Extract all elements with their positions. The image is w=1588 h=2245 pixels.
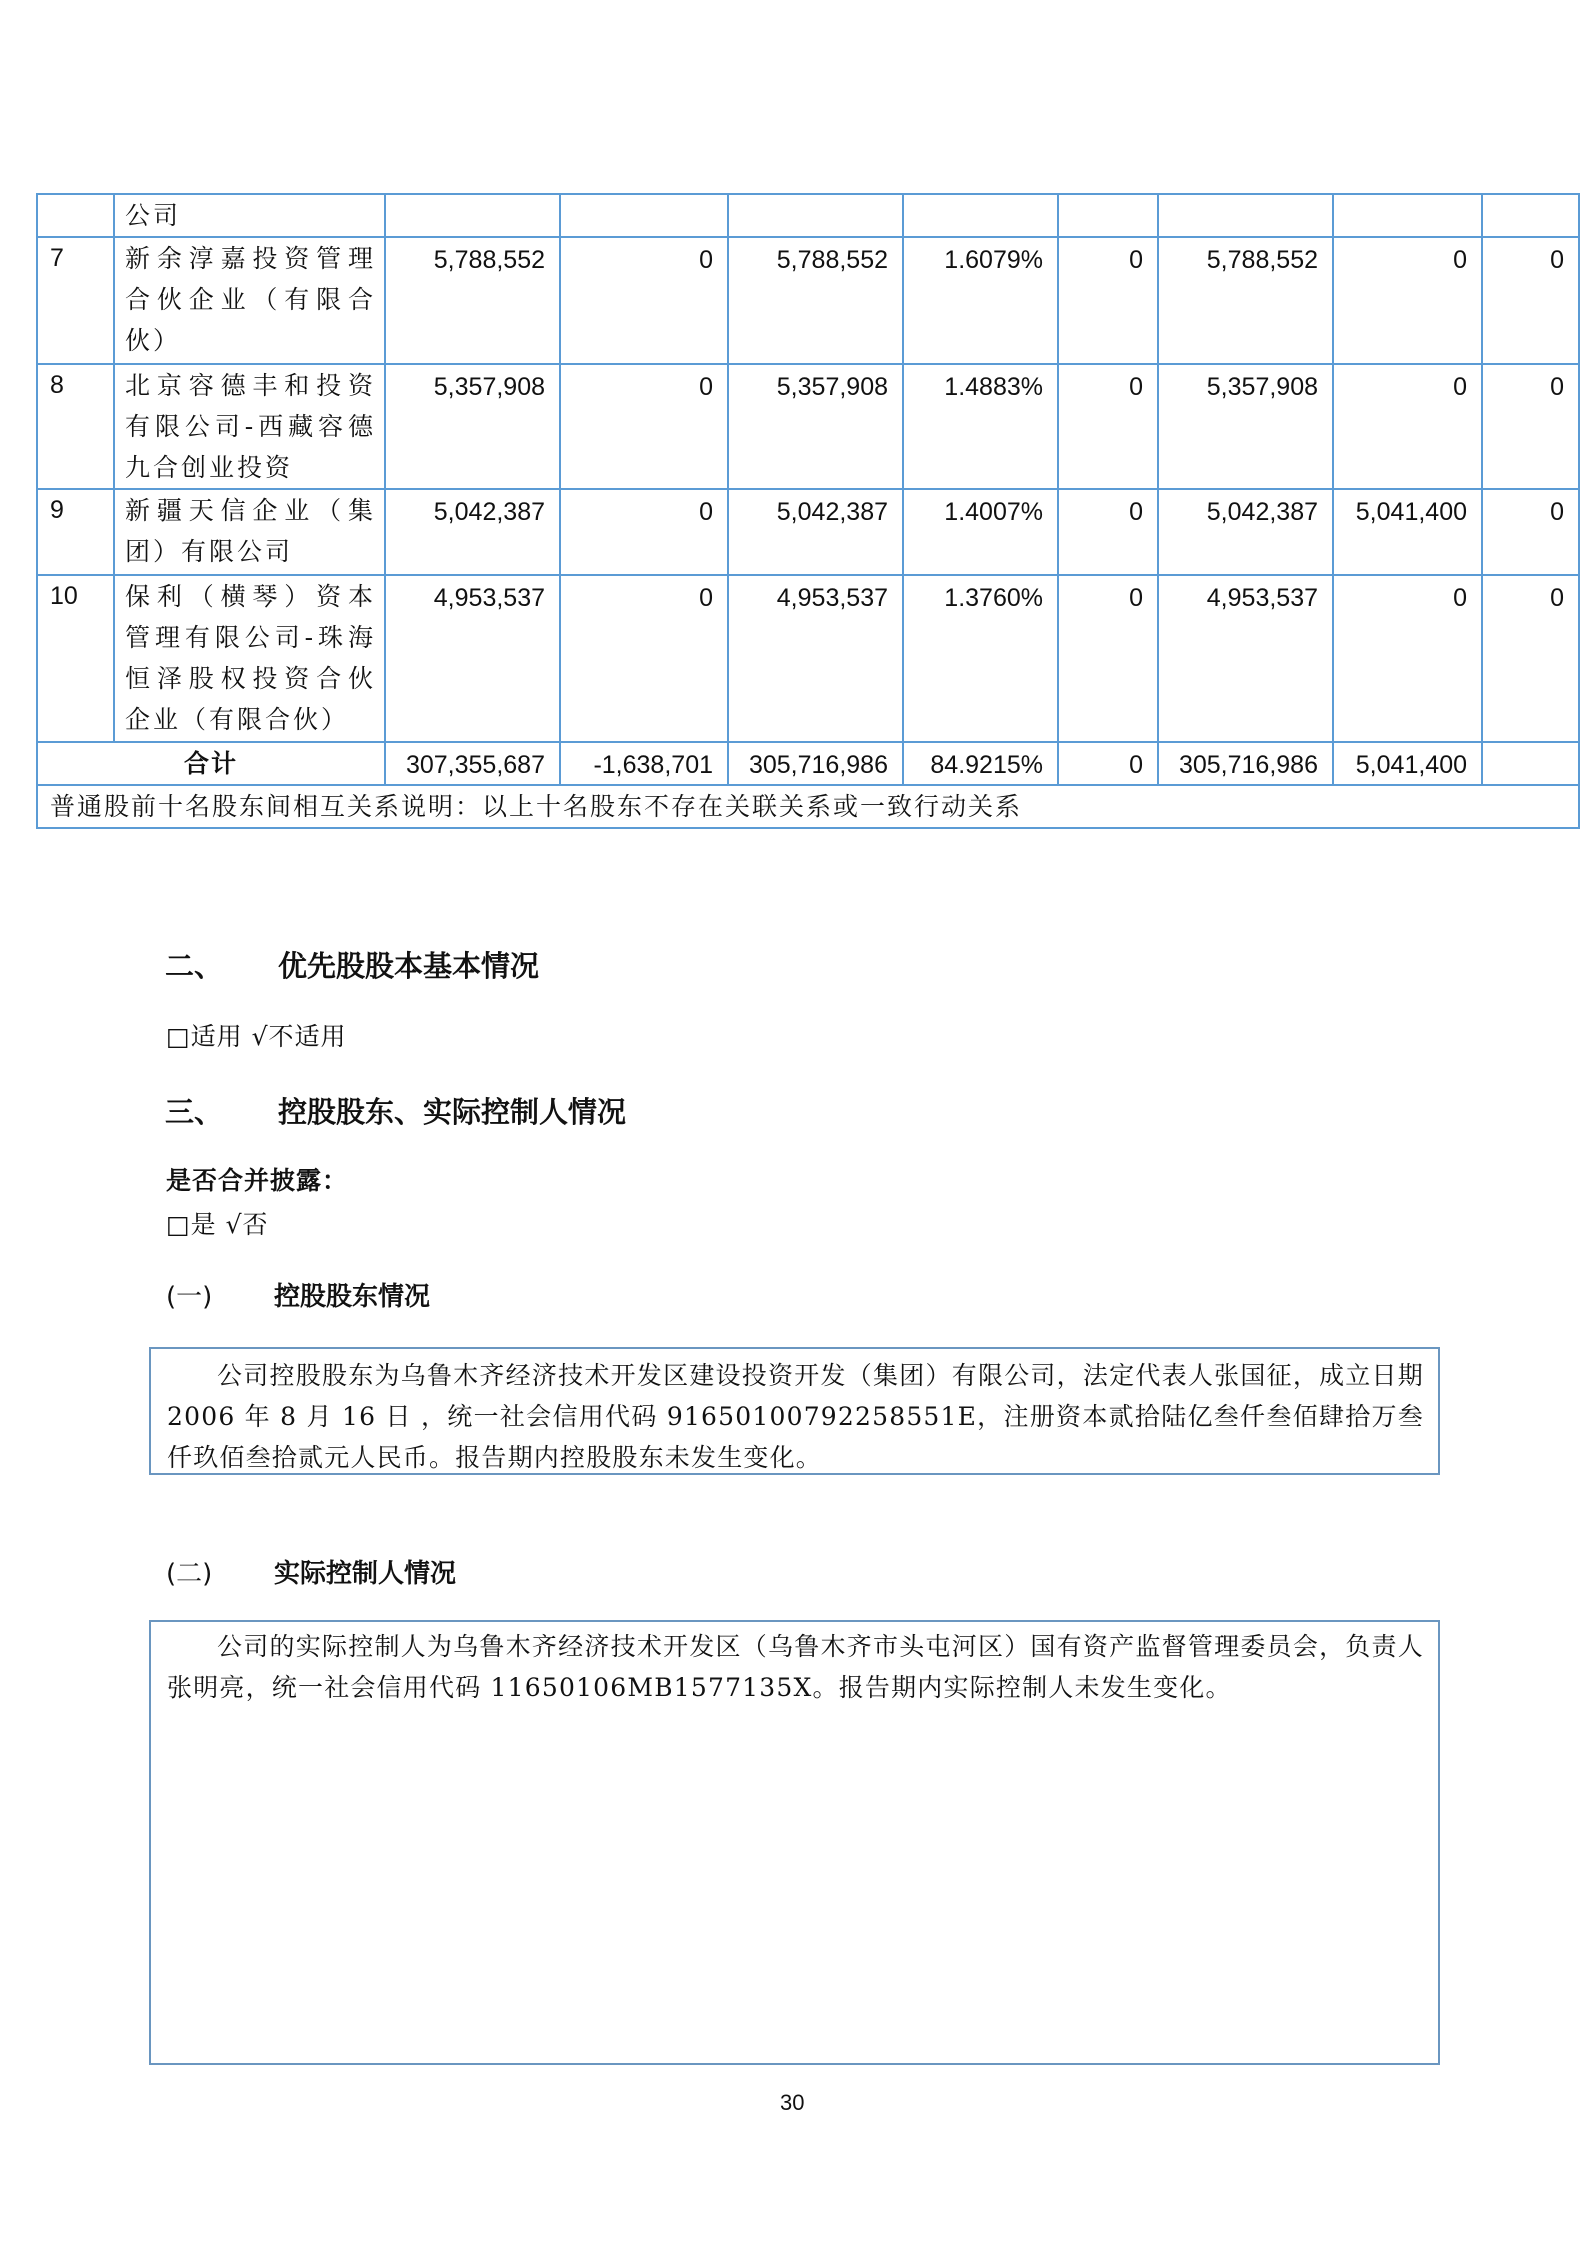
cell: 5,042,387 [728,489,903,575]
cell: 0 [1058,489,1158,575]
cell: 0 [1058,575,1158,742]
total-cell [1482,742,1579,785]
section-heading-controlling-shareholder: 三、 控股股东、实际控制人情况 [165,1090,965,1130]
subsection-number: (二) [166,1553,212,1590]
controlling-shareholder-box: 公司控股股东为乌鲁木齐经济技术开发区建设投资开发（集团）有限公司，法定代表人张国… [149,1347,1440,1475]
cell: 5,357,908 [1158,364,1333,489]
table-row: 公司 [37,194,1579,237]
cell [560,194,728,237]
cell: 1.4883% [903,364,1058,489]
row-index: 7 [37,237,114,364]
cell: 0 [1333,575,1482,742]
cell: 0 [1058,364,1158,489]
section-title: 控股股东、实际控制人情况 [278,1090,626,1131]
cell: 5,357,908 [728,364,903,489]
row-index [37,194,114,237]
shareholder-name: 北京容德丰和投资有限公司-西藏容德九合创业投资 [114,364,385,489]
subsection-heading-controlling-shareholder: (一) 控股股东情况 [166,1276,766,1312]
cell: 0 [560,489,728,575]
cell: 5,788,552 [728,237,903,364]
total-cell: 307,355,687 [385,742,560,785]
merge-disclosure-label: 是否合并披露： [166,1161,348,1197]
row-index: 9 [37,489,114,575]
cell [1333,194,1482,237]
total-label: 合计 [37,742,385,785]
cell: 5,042,387 [1158,489,1333,575]
total-cell: 84.9215% [903,742,1058,785]
cell: 0 [560,575,728,742]
cell: 0 [560,364,728,489]
row-index: 10 [37,575,114,742]
shareholder-name: 保利（横琴）资本管理有限公司-珠海恒泽股权投资合伙企业（有限合伙） [114,575,385,742]
controlling-shareholder-text: 公司控股股东为乌鲁木齐经济技术开发区建设投资开发（集团）有限公司，法定代表人张国… [151,1349,1438,1478]
table-row: 9 新疆天信企业（集团）有限公司 5,042,387 0 5,042,387 1… [37,489,1579,575]
cell: 0 [1058,237,1158,364]
subsection-title: 控股股东情况 [274,1276,430,1313]
top-ten-shareholders-table: 公司 7 新余淳嘉投资管理合伙企业（有限合伙） 5,788,552 0 5,78… [36,193,1580,829]
cell: 1.3760% [903,575,1058,742]
shareholder-name: 公司 [114,194,385,237]
cell [385,194,560,237]
total-row: 合计 307,355,687 -1,638,701 305,716,986 84… [37,742,1579,785]
total-cell: 305,716,986 [1158,742,1333,785]
row-index: 8 [37,364,114,489]
cell: 0 [1482,364,1579,489]
cell: 5,788,552 [385,237,560,364]
section-number: 二、 [165,944,223,985]
actual-controller-text: 公司的实际控制人为乌鲁木齐经济技术开发区（乌鲁木齐市头屯河区）国有资产监督管理委… [151,1622,1438,1708]
cell: 0 [1482,575,1579,742]
relationship-note: 普通股前十名股东间相互关系说明：以上十名股东不存在关联关系或一致行动关系 [37,785,1579,828]
subsection-heading-actual-controller: (二) 实际控制人情况 [166,1553,766,1589]
cell: 1.6079% [903,237,1058,364]
total-cell: 305,716,986 [728,742,903,785]
cell [728,194,903,237]
cell: 4,953,537 [728,575,903,742]
cell: 0 [560,237,728,364]
table-row: 10 保利（横琴）资本管理有限公司-珠海恒泽股权投资合伙企业（有限合伙） 4,9… [37,575,1579,742]
cell: 5,041,400 [1333,489,1482,575]
cell: 5,788,552 [1158,237,1333,364]
table-row: 8 北京容德丰和投资有限公司-西藏容德九合创业投资 5,357,908 0 5,… [37,364,1579,489]
table-row: 7 新余淳嘉投资管理合伙企业（有限合伙） 5,788,552 0 5,788,5… [37,237,1579,364]
cell [1058,194,1158,237]
cell [1482,194,1579,237]
cell: 5,357,908 [385,364,560,489]
cell: 5,042,387 [385,489,560,575]
cell [1158,194,1333,237]
cell: 4,953,537 [1158,575,1333,742]
applicability-option: □适用 √不适用 [166,1017,347,1053]
total-cell: -1,638,701 [560,742,728,785]
cell: 0 [1333,237,1482,364]
cell: 1.4007% [903,489,1058,575]
section-title: 优先股股本基本情况 [278,944,539,985]
actual-controller-box: 公司的实际控制人为乌鲁木齐经济技术开发区（乌鲁木齐市头屯河区）国有资产监督管理委… [149,1620,1440,2065]
cell: 0 [1482,489,1579,575]
section-number: 三、 [165,1090,223,1131]
subsection-number: (一) [166,1276,212,1313]
cell: 0 [1333,364,1482,489]
page-number: 30 [780,2090,804,2116]
cell [903,194,1058,237]
shareholder-name: 新余淳嘉投资管理合伙企业（有限合伙） [114,237,385,364]
merge-disclosure-option: □是 √否 [166,1205,269,1241]
cell: 4,953,537 [385,575,560,742]
shareholder-name: 新疆天信企业（集团）有限公司 [114,489,385,575]
subsection-title: 实际控制人情况 [274,1553,456,1590]
section-heading-preferred-shares: 二、 优先股股本基本情况 [165,944,865,984]
cell: 0 [1482,237,1579,364]
total-cell: 5,041,400 [1333,742,1482,785]
total-cell: 0 [1058,742,1158,785]
note-row: 普通股前十名股东间相互关系说明：以上十名股东不存在关联关系或一致行动关系 [37,785,1579,828]
